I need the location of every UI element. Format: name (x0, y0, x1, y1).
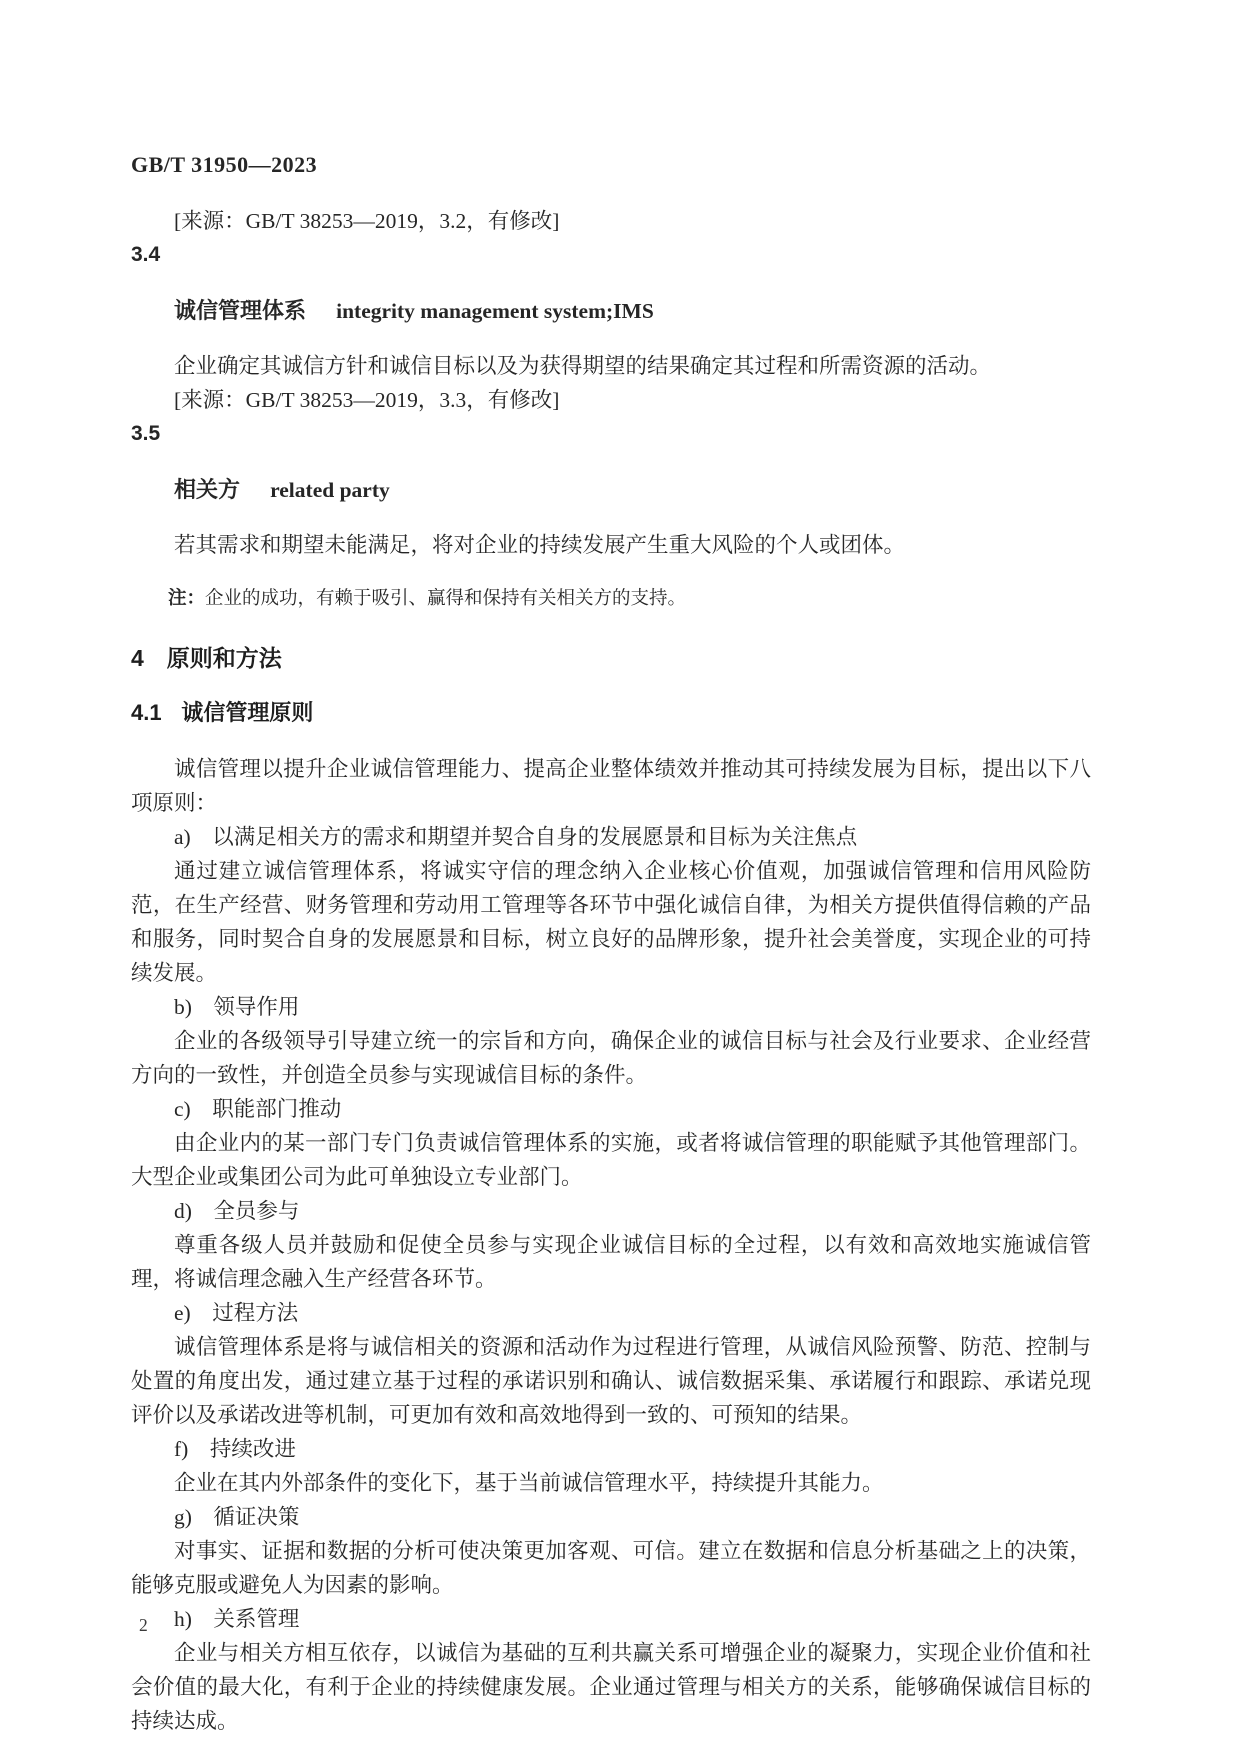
principle-label: b) (174, 995, 192, 1019)
principle-item-f: f)持续改进 企业在其内外部条件的变化下，基于当前诚信管理水平，持续提升其能力。 (131, 1432, 1091, 1500)
principle-title: 循证决策 (213, 1505, 299, 1529)
term-en-3-4: integrity management system;IMS (336, 299, 654, 323)
definition-3-4: 企业确定其诚信方针和诚信目标以及为获得期望的结果确定其过程和所需资源的活动。 (131, 349, 1091, 383)
principle-label: c) (174, 1097, 191, 1121)
principle-item-a: a)以满足相关方的需求和期望并契合自身的发展愿景和目标为关注焦点 通过建立诚信管… (131, 820, 1091, 990)
term-cn-3-4: 诚信管理体系 (174, 298, 306, 323)
source-note-3-2: [来源：GB/T 38253—2019，3.2，有修改] (131, 204, 1091, 238)
note-3-5: 注：企业的成功，有赖于吸引、赢得和保持有关相关方的支持。 (131, 581, 1091, 616)
principle-body: 企业与相关方相互依存，以诚信为基础的互利共赢关系可增强企业的凝聚力，实现企业价值… (131, 1636, 1091, 1738)
clause-number-3-4: 3.4 (131, 238, 1091, 272)
principle-title-line: f)持续改进 (131, 1432, 1091, 1466)
principle-label: d) (174, 1199, 192, 1223)
source-note-3-3: [来源：GB/T 38253—2019，3.3，有修改] (131, 383, 1091, 417)
principle-body: 由企业内的某一部门专门负责诚信管理体系的实施，或者将诚信管理的职能赋予其他管理部… (131, 1126, 1091, 1194)
principle-title: 过程方法 (212, 1301, 298, 1325)
chapter-4-title: 原则和方法 (167, 645, 282, 671)
document-page: GB/T 31950—2023 [来源：GB/T 38253—2019，3.2，… (0, 0, 1241, 1755)
principle-body: 企业在其内外部条件的变化下，基于当前诚信管理水平，持续提升其能力。 (131, 1466, 1091, 1500)
principle-item-e: e)过程方法 诚信管理体系是将与诚信相关的资源和活动作为过程进行管理，从诚信风险… (131, 1296, 1091, 1432)
principle-item-d: d)全员参与 尊重各级人员并鼓励和促使全员参与实现企业诚信目标的全过程，以有效和… (131, 1194, 1091, 1296)
page-content: GB/T 31950—2023 [来源：GB/T 38253—2019，3.2，… (131, 148, 1091, 1738)
principle-item-g: g)循证决策 对事实、证据和数据的分析可使决策更加客观、可信。建立在数据和信息分… (131, 1500, 1091, 1602)
term-cn-3-5: 相关方 (174, 477, 240, 502)
principle-title-line: h)关系管理 (131, 1602, 1091, 1636)
principle-title: 以满足相关方的需求和期望并契合自身的发展愿景和目标为关注焦点 (212, 825, 857, 849)
principle-body: 企业的各级领导引导建立统一的宗旨和方向，确保企业的诚信目标与社会及行业要求、企业… (131, 1024, 1091, 1092)
chapter-4-number: 4 (131, 645, 144, 671)
definition-3-5: 若其需求和期望未能满足，将对企业的持续发展产生重大风险的个人或团体。 (131, 528, 1091, 562)
clause-4-1-title: 诚信管理原则 (181, 700, 313, 725)
principle-label: h) (174, 1607, 192, 1631)
principle-title-line: b)领导作用 (131, 990, 1091, 1024)
standard-code-header: GB/T 31950—2023 (131, 148, 1091, 182)
principle-item-c: c)职能部门推动 由企业内的某一部门专门负责诚信管理体系的实施，或者将诚信管理的… (131, 1092, 1091, 1194)
principle-title-line: g)循证决策 (131, 1500, 1091, 1534)
note-label: 注： (168, 587, 205, 608)
clause-4-1-number: 4.1 (131, 700, 162, 725)
principle-body: 通过建立诚信管理体系，将诚实守信的理念纳入企业核心价值观，加强诚信管理和信用风险… (131, 854, 1091, 990)
principle-title-line: a)以满足相关方的需求和期望并契合自身的发展愿景和目标为关注焦点 (131, 820, 1091, 854)
page-number: 2 (139, 1612, 148, 1638)
principle-title-line: c)职能部门推动 (131, 1092, 1091, 1126)
term-en-3-5: related party (270, 478, 390, 502)
principle-label: f) (174, 1437, 188, 1461)
principle-title: 持续改进 (210, 1437, 296, 1461)
principle-body: 诚信管理体系是将与诚信相关的资源和活动作为过程进行管理，从诚信风险预警、防范、控… (131, 1330, 1091, 1432)
note-text: 企业的成功，有赖于吸引、赢得和保持有关相关方的支持。 (205, 589, 686, 609)
principle-label: a) (174, 825, 191, 849)
principle-title: 职能部门推动 (212, 1097, 341, 1121)
principle-item-b: b)领导作用 企业的各级领导引导建立统一的宗旨和方向，确保企业的诚信目标与社会及… (131, 990, 1091, 1092)
principle-item-h: h)关系管理 企业与相关方相互依存，以诚信为基础的互利共赢关系可增强企业的凝聚力… (131, 1602, 1091, 1738)
principle-label: g) (174, 1505, 192, 1529)
principle-body: 尊重各级人员并鼓励和促使全员参与实现企业诚信目标的全过程，以有效和高效地实施诚信… (131, 1228, 1091, 1296)
principle-body: 对事实、证据和数据的分析可使决策更加客观、可信。建立在数据和信息分析基础之上的决… (131, 1534, 1091, 1602)
principle-title-line: d)全员参与 (131, 1194, 1091, 1228)
clause-4-1-intro: 诚信管理以提升企业诚信管理能力、提高企业整体绩效并推动其可持续发展为目标，提出以… (131, 752, 1091, 820)
clause-number-3-5: 3.5 (131, 417, 1091, 451)
principle-title: 领导作用 (213, 995, 299, 1019)
chapter-4-heading: 4原则和方法 (131, 640, 1091, 676)
principle-title: 关系管理 (213, 1607, 299, 1631)
principle-label: e) (174, 1301, 191, 1325)
principle-title-line: e)过程方法 (131, 1296, 1091, 1330)
term-line-3-5: 相关方related party (131, 473, 1091, 507)
clause-4-1-heading: 4.1诚信管理原则 (131, 695, 1091, 731)
principle-title: 全员参与 (213, 1199, 299, 1223)
term-line-3-4: 诚信管理体系integrity management system;IMS (131, 294, 1091, 328)
